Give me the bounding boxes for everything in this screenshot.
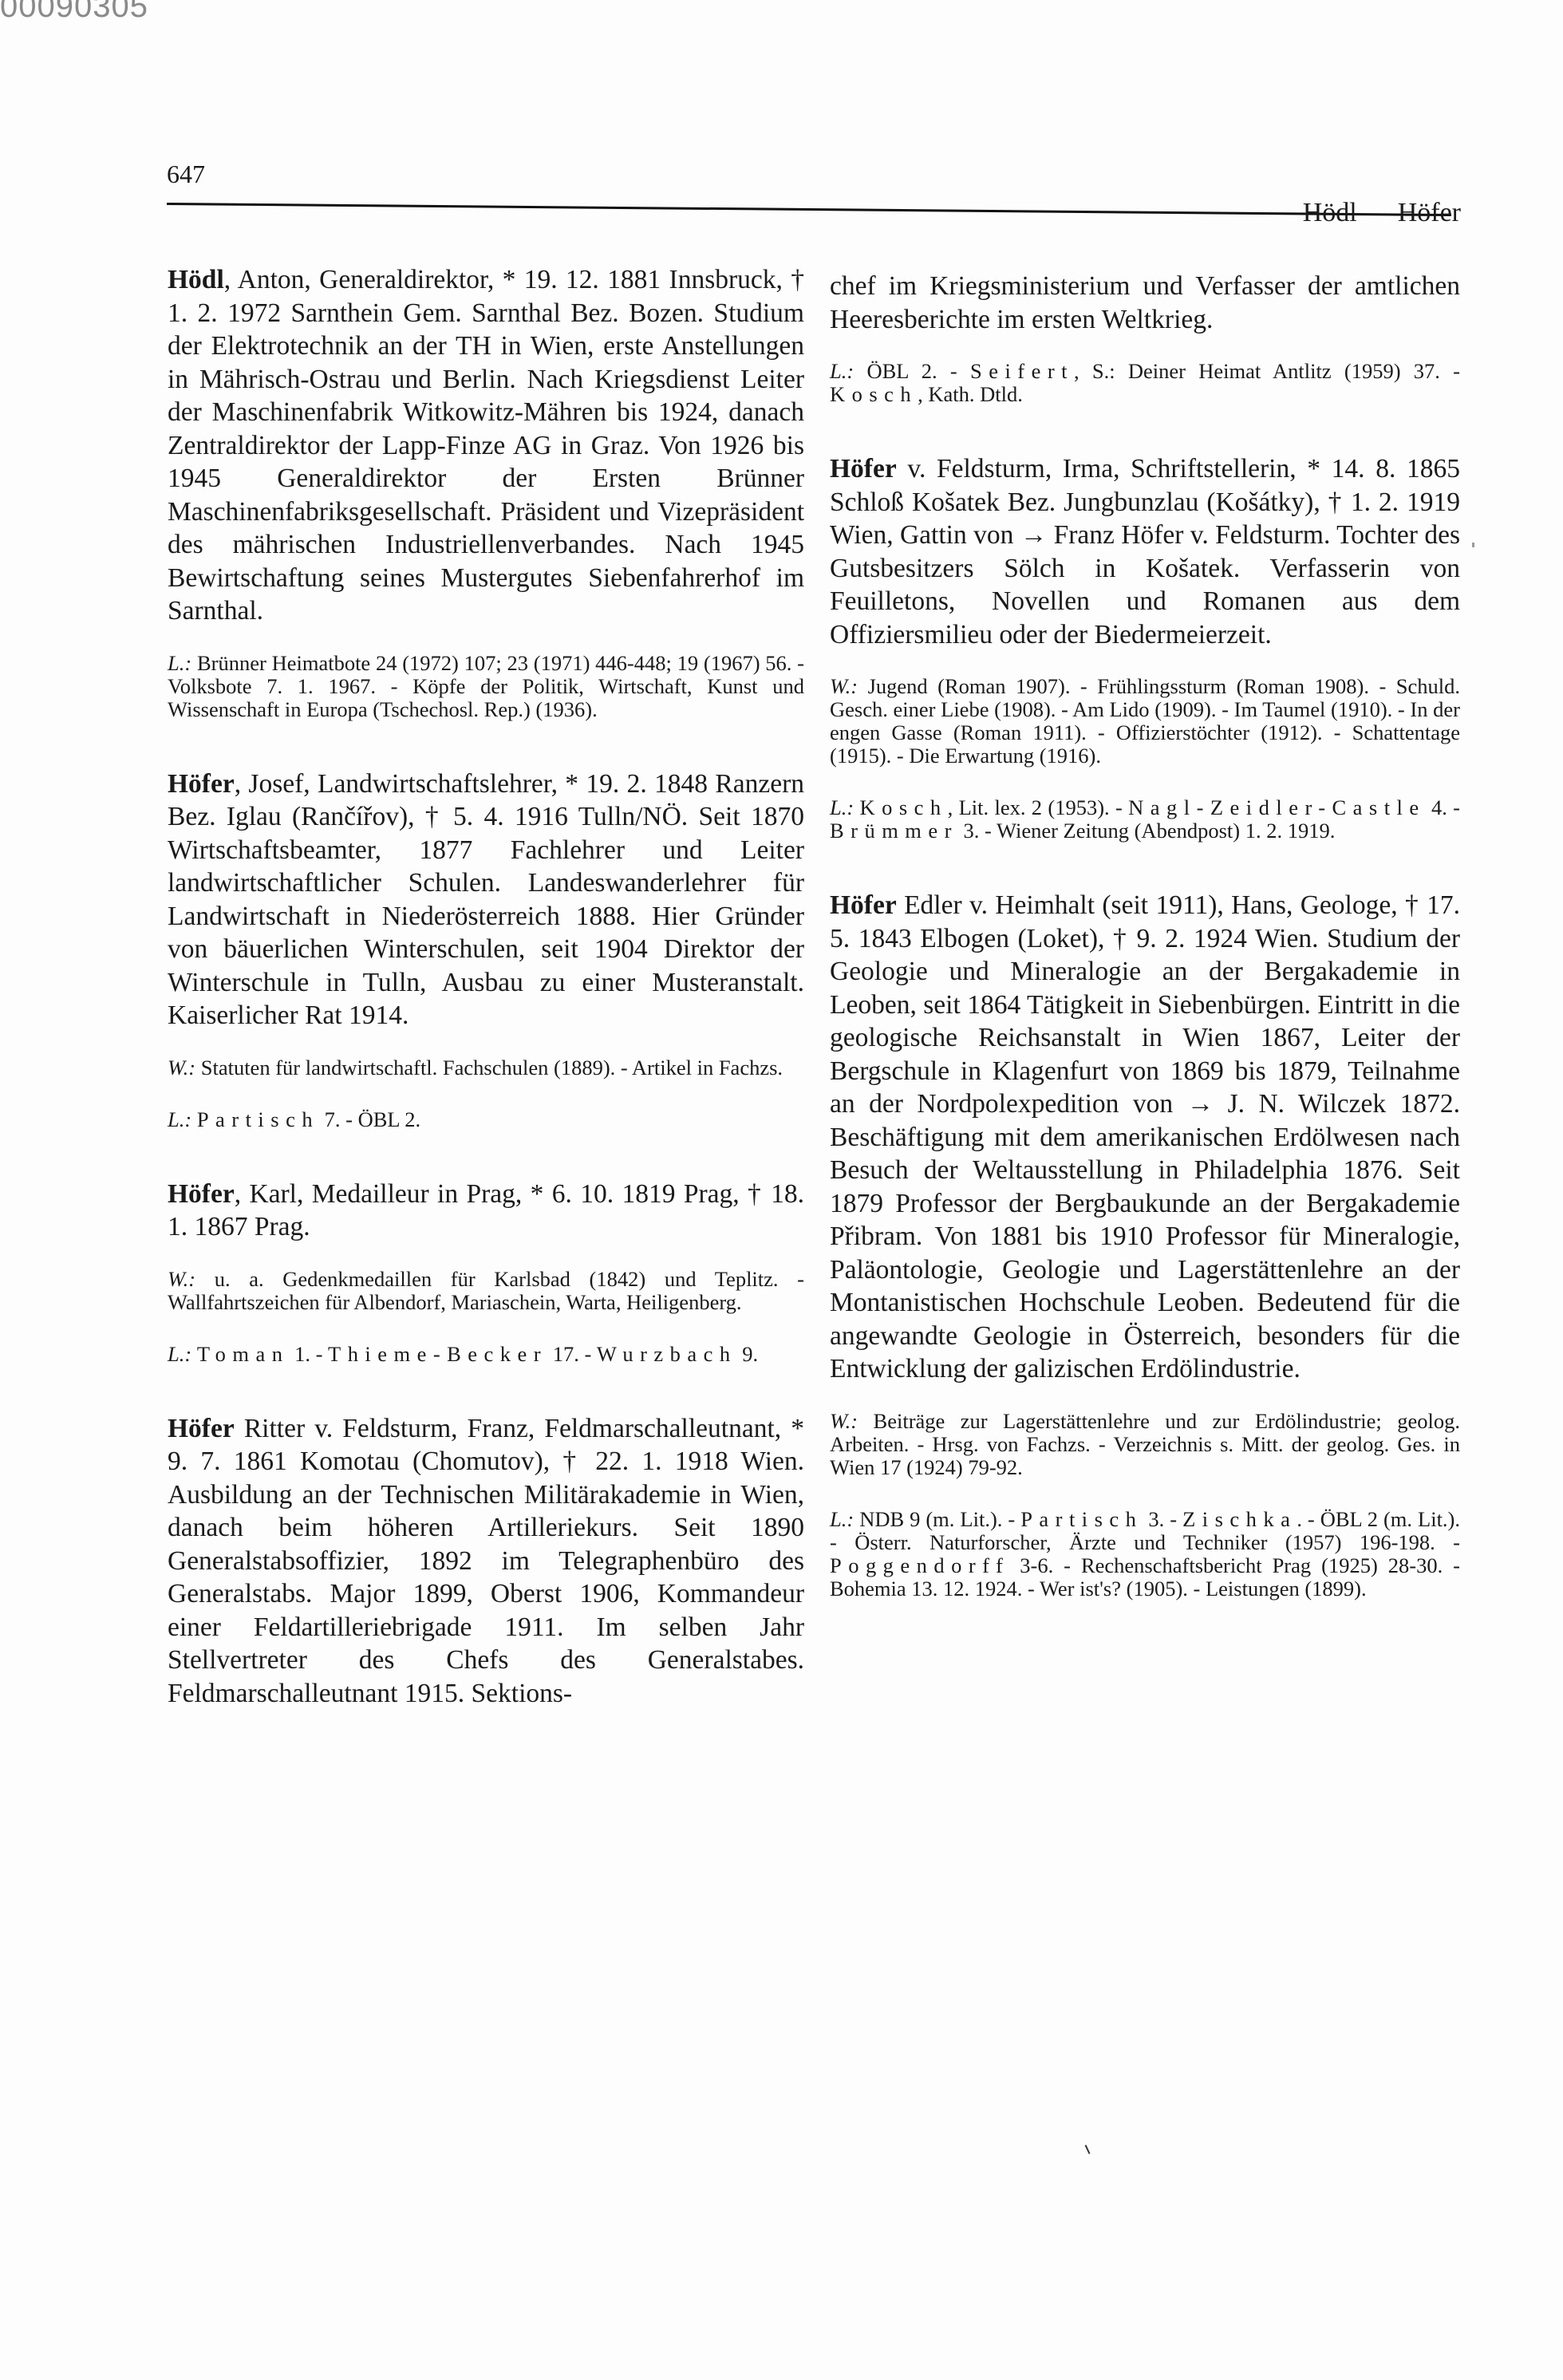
scan-identifier: 00090305 — [0, 0, 148, 25]
scan-speck — [1472, 543, 1474, 547]
literature-text: , Kath. Dtld. — [918, 382, 1023, 406]
header-rule — [167, 203, 1451, 216]
literature-text: 4. - — [1426, 795, 1460, 819]
entry-body: Höfer Edler v. Heimhalt (seit 1911), Han… — [830, 889, 1460, 1386]
right-column: chef im Kriegsministerium und Verfasser … — [830, 270, 1460, 1632]
literature-author: Poggendorff — [830, 1553, 1009, 1577]
works-text: u. a. Gedenkmedaillen für Karlsbad (1842… — [168, 1267, 804, 1314]
entry-text: , Karl, Medailleur in Prag, * 6. 10. 181… — [168, 1179, 804, 1242]
literature-text: 3. - Wiener Zeitung (Abendpost) 1. 2. 19… — [958, 819, 1335, 843]
literature-author: Toman — [197, 1342, 290, 1366]
entry-body: Höfer v. Feldsturm, Irma, Schriftsteller… — [830, 452, 1460, 651]
literature-label: L.: — [830, 359, 854, 383]
entry-text: , Anton, Generaldirektor, * 19. 12. 1881… — [168, 265, 804, 626]
entry-body: Hödl, Anton, Generaldirektor, * 19. 12. … — [168, 263, 804, 628]
scan-speck — [1085, 2145, 1091, 2154]
literature-section: L.: NDB 9 (m. Lit.). - Partisch 3. - Zis… — [830, 1508, 1460, 1600]
entry-hoefer-irma: Höfer v. Feldsturm, Irma, Schriftsteller… — [830, 452, 1460, 843]
left-column: Hödl, Anton, Generaldirektor, * 19. 12. … — [168, 263, 804, 1742]
literature-label: L.: — [830, 1507, 854, 1531]
literature-section: L.: Partisch 7. - ÖBL 2. — [168, 1108, 804, 1131]
works-text: Jugend (Roman 1907). - Frühlingssturm (R… — [830, 674, 1460, 768]
literature-section: L.: Brünner Heimatbote 24 (1972) 107; 23… — [168, 652, 804, 721]
literature-author: Brümmer — [830, 819, 958, 843]
entry-hoefer-karl: Höfer, Karl, Medailleur in Prag, * 6. 10… — [168, 1178, 804, 1366]
works-section: W.: Statuten für landwirtschaftl. Fachsc… — [168, 1056, 804, 1079]
literature-author: Zischka — [1182, 1507, 1297, 1531]
literature-author: Wurzbach — [597, 1342, 737, 1366]
literature-author: Partisch — [197, 1107, 319, 1131]
works-text: Statuten für landwirtschaftl. Fachschule… — [201, 1056, 783, 1079]
literature-text: , S.: Deiner Heimat Antlitz (1959) 37. - — [1074, 359, 1460, 383]
entry-headword: Hödl — [168, 265, 224, 294]
literature-author: Thieme-Becker — [328, 1342, 547, 1366]
literature-author: Partisch — [1020, 1507, 1143, 1531]
works-label: W.: — [168, 1056, 195, 1079]
entry-headword: Höfer — [830, 454, 897, 483]
entry-text: Ritter v. Feldsturm, Franz, Feldmarschal… — [168, 1414, 804, 1708]
entry-text: v. Feldsturm, Irma, Schriftstellerin, * … — [830, 454, 1460, 649]
literature-label: L.: — [168, 1107, 191, 1131]
works-text: Beiträge zur Lagerstättenlehre und zur E… — [830, 1409, 1460, 1479]
literature-author: Nagl-Zeidler-Castle — [1128, 795, 1426, 819]
literature-text: NDB 9 (m. Lit.). - — [859, 1507, 1020, 1531]
running-head: Hödl — Höfer — [1303, 198, 1461, 228]
works-section: W.: Beiträge zur Lagerstättenlehre und z… — [830, 1410, 1460, 1479]
literature-text: ÖBL 2. - — [866, 359, 970, 383]
works-label: W.: — [830, 1409, 858, 1433]
entry-hoefer-franz: Höfer Ritter v. Feldsturm, Franz, Feldma… — [168, 1412, 804, 1711]
literature-label: L.: — [168, 651, 191, 675]
literature-author: Kosch — [860, 795, 948, 819]
literature-section: L.: Kosch, Lit. lex. 2 (1953). - Nagl-Ze… — [830, 796, 1460, 843]
entry-headword: Höfer — [830, 890, 897, 920]
entry-hoefer-josef: Höfer, Josef, Landwirtschaftslehrer, * 1… — [168, 768, 804, 1131]
entry-body: Höfer, Josef, Landwirtschaftslehrer, * 1… — [168, 768, 804, 1032]
literature-text: 7. - ÖBL 2. — [319, 1107, 420, 1131]
works-label: W.: — [168, 1267, 195, 1291]
entry-headword: Höfer — [168, 1414, 235, 1443]
literature-text: 17. - — [547, 1342, 597, 1366]
works-label: W.: — [830, 674, 858, 698]
literature-label: L.: — [830, 795, 854, 819]
literature-author: Kosch — [830, 382, 918, 406]
entry-body: chef im Kriegsministerium und Verfasser … — [830, 270, 1460, 336]
page-number: 647 — [167, 160, 205, 189]
literature-text: 3. - — [1143, 1507, 1182, 1531]
works-section: W.: u. a. Gedenkmedaillen für Karlsbad (… — [168, 1268, 804, 1314]
entry-hoefer-franz-continued: chef im Kriegsministerium und Verfasser … — [830, 270, 1460, 406]
literature-section: L.: ÖBL 2. - Seifert, S.: Deiner Heimat … — [830, 360, 1460, 406]
entry-body: Höfer, Karl, Medailleur in Prag, * 6. 10… — [168, 1178, 804, 1244]
entry-headword: Höfer — [168, 769, 235, 799]
literature-section: L.: Toman 1. - Thieme-Becker 17. - Wurzb… — [168, 1343, 804, 1366]
literature-author: Seifert — [970, 359, 1074, 383]
works-section: W.: Jugend (Roman 1907). - Frühlingsstur… — [830, 675, 1460, 768]
literature-text: , Lit. lex. 2 (1953). - — [948, 795, 1128, 819]
literature-text: 1. - — [289, 1342, 328, 1366]
entry-text: , Josef, Landwirtschaftslehrer, * 19. 2.… — [168, 769, 804, 1031]
entry-body: Höfer Ritter v. Feldsturm, Franz, Feldma… — [168, 1412, 804, 1711]
entry-hoedl-anton: Hödl, Anton, Generaldirektor, * 19. 12. … — [168, 263, 804, 721]
entry-text: Edler v. Heimhalt (seit 1911), Hans, Geo… — [830, 890, 1460, 1383]
entry-headword: Höfer — [168, 1179, 235, 1209]
entry-hoefer-hans: Höfer Edler v. Heimhalt (seit 1911), Han… — [830, 889, 1460, 1600]
literature-text: 9. — [737, 1342, 759, 1366]
literature-label: L.: — [168, 1342, 191, 1366]
literature-text: Brünner Heimatbote 24 (1972) 107; 23 (19… — [168, 651, 804, 721]
